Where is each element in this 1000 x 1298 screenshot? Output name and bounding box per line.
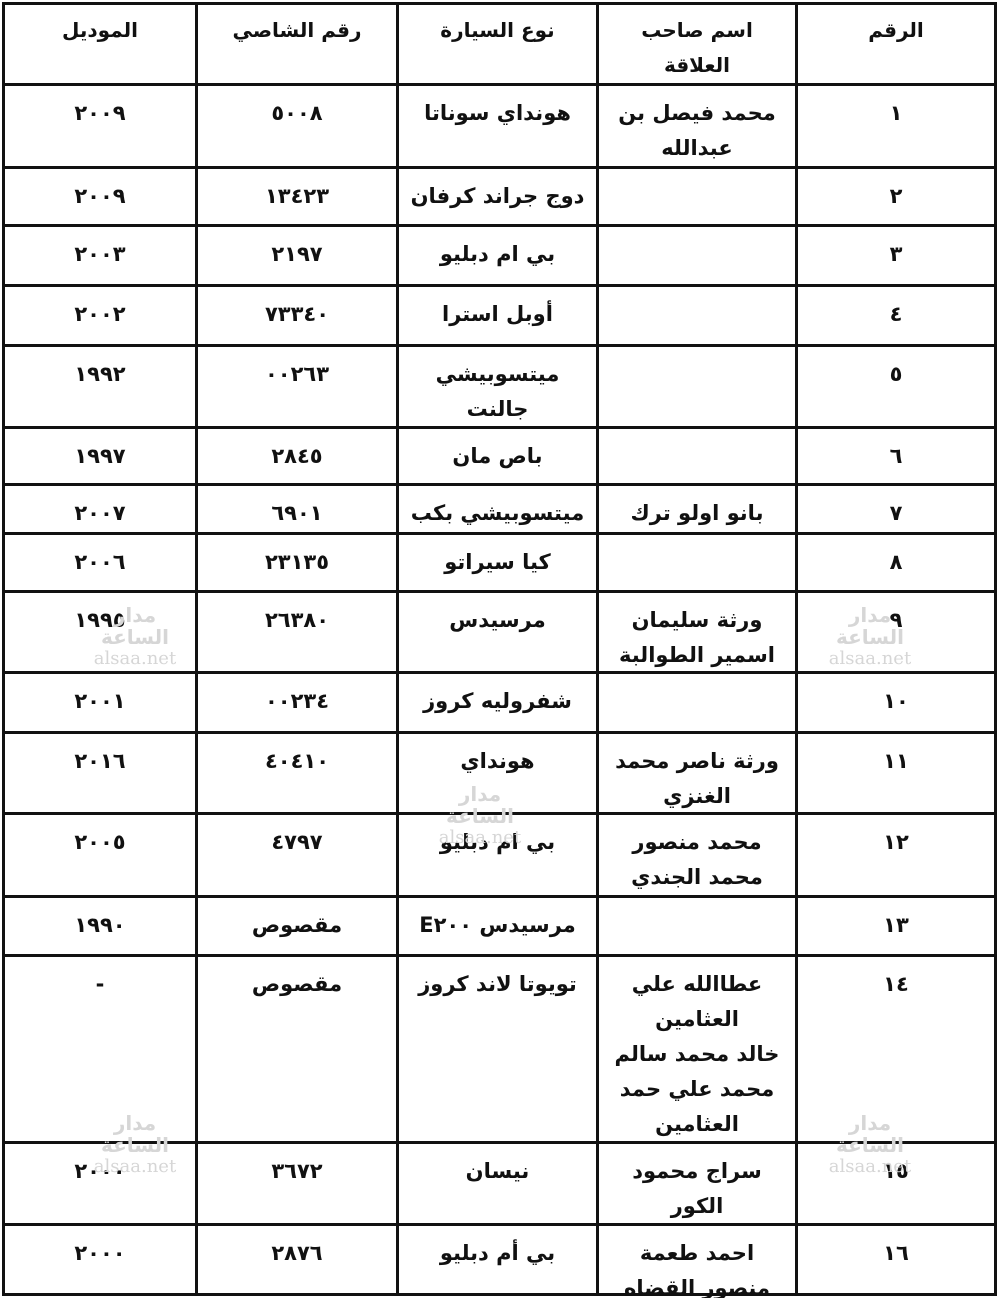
cell-car-type: ميتسوبيشيجالنت [396,347,596,426]
cell-owner [596,429,795,483]
owner-line: محمد منصور [599,825,795,860]
cell-number: ١٣ [795,898,994,954]
owner-line: احمد طعمة [599,1236,795,1271]
cell-owner [596,287,795,344]
cell-number: ١ [795,86,994,166]
cell-model: ٢٠٠٠ [5,1226,195,1296]
table-row: ٥ميتسوبيشيجالنت٠٠٢٦٣١٩٩٢ [5,347,994,429]
cell-model: ٢٠٠٥ [5,815,195,895]
cell-owner: ورثة ناصر محمدالغنزي [596,734,795,812]
table-row: ١٥سراج محمودالكورنيسان٣٦٧٢٢٠٠٠ [5,1144,994,1226]
table-row: ٨كيا سيراتو٢٣١٣٥٢٠٠٦ [5,535,994,593]
car-line: شفروليه كروز [399,684,596,719]
owner-line: العثامين [599,1002,795,1037]
table-row: ٤أوبل استرا٧٣٣٤٠٢٠٠٢ [5,287,994,347]
table-row: ١٦احمد طعمةمنصور القضاهبي أم دبليو٢٨٧٦٢٠… [5,1226,994,1296]
table-row: ١٠شفروليه كروز٠٠٢٣٤٢٠٠١ [5,674,994,734]
cell-chassis-number: ٢٣١٣٥ [195,535,396,590]
cell-model: - [5,957,195,1141]
owner-line: سراج محمود [599,1154,795,1189]
cell-number: ١١ [795,734,994,812]
car-line: تويوتا لاند كروز [399,967,596,1002]
header-number: الرقم [795,5,994,83]
owner-line: الكور [599,1189,795,1224]
cell-owner: محمد منصورمحمد الجندي [596,815,795,895]
cell-car-type: كيا سيراتو [396,535,596,590]
header-car-type: نوع السيارة [396,5,596,83]
table-row: ٩ورثة سليماناسمير الطوالبةمرسيدس٢٦٣٨٠١٩٩… [5,593,994,674]
cell-car-type: بي ام دبليو [396,227,596,284]
cell-owner: سراج محمودالكور [596,1144,795,1223]
cell-car-type: تويوتا لاند كروز [396,957,596,1141]
cell-model: ١٩٩٧ [5,429,195,483]
cell-model: ٢٠٠٣ [5,227,195,284]
cell-car-type: بي ام دبليو [396,815,596,895]
cell-owner [596,169,795,224]
table-header-row: الرقم اسم صاحب العلاقة نوع السيارة رقم ا… [5,5,994,86]
cell-model: ٢٠٠٦ [5,535,195,590]
cell-number: ١٠ [795,674,994,731]
table-row: ١محمد فيصل بنعبداللههونداي سوناتا٥٠٠٨٢٠٠… [5,86,994,169]
cell-number: ٩ [795,593,994,671]
cell-chassis-number: ٤٠٤١٠ [195,734,396,812]
header-owner-line-2: العلاقة [599,48,795,83]
cell-car-type: نيسان [396,1144,596,1223]
cell-owner: ورثة سليماناسمير الطوالبة [596,593,795,671]
car-line: هونداي [399,744,596,779]
cell-car-type: مرسيدس E٢٠٠ [396,898,596,954]
table-row: ١٣مرسيدس E٢٠٠مقصوص١٩٩٠ [5,898,994,957]
cell-owner: بانو اولو ترك [596,486,795,532]
cell-number: ٣ [795,227,994,284]
owner-line: العثامين [599,1107,795,1142]
cell-number: ١٤ [795,957,994,1141]
owner-line: ورثة سليمان [599,603,795,638]
car-line: أوبل استرا [399,297,596,332]
cell-owner [596,898,795,954]
cell-chassis-number: ٠٠٢٦٣ [195,347,396,426]
car-line: مرسيدس E٢٠٠ [399,908,596,943]
owner-line: ورثة ناصر محمد [599,744,795,779]
cell-model: ٢٠٠١ [5,674,195,731]
cell-number: ٧ [795,486,994,532]
owner-line: عطاالله علي [599,967,795,1002]
car-line: كيا سيراتو [399,545,596,580]
cell-model: ١٩٩٥ [5,593,195,671]
cell-owner: احمد طعمةمنصور القضاه [596,1226,795,1296]
table-row: ١٢محمد منصورمحمد الجنديبي ام دبليو٤٧٩٧٢٠… [5,815,994,898]
cell-car-type: بي أم دبليو [396,1226,596,1296]
cell-car-type: دوج جراند كرفان [396,169,596,224]
cell-car-type: شفروليه كروز [396,674,596,731]
cell-chassis-number: ٠٠٢٣٤ [195,674,396,731]
cell-owner [596,227,795,284]
cell-car-type: هونداي [396,734,596,812]
cell-chassis-number: ٣٦٧٢ [195,1144,396,1223]
car-line: ميتسوبيشي بكب [399,496,596,531]
table-row: ٦باص مان٢٨٤٥١٩٩٧ [5,429,994,486]
header-chassis-number: رقم الشاصي [195,5,396,83]
cell-chassis-number: ٢٨٧٦ [195,1226,396,1296]
table-row: ٣بي ام دبليو٢١٩٧٢٠٠٣ [5,227,994,287]
cell-owner: عطاالله عليالعثامينخالد محمد سالممحمد عل… [596,957,795,1141]
cell-model: ٢٠١٦ [5,734,195,812]
cell-number: ٤ [795,287,994,344]
cell-model: ٢٠٠٩ [5,86,195,166]
cell-model: ١٩٩٢ [5,347,195,426]
owner-line: منصور القضاه [599,1271,795,1298]
cell-car-type: ميتسوبيشي بكب [396,486,596,532]
vehicle-table: الرقم اسم صاحب العلاقة نوع السيارة رقم ا… [2,2,997,1296]
owner-line: بانو اولو ترك [599,496,795,531]
cell-number: ٦ [795,429,994,483]
table-row: ١١ورثة ناصر محمدالغنزيهونداي٤٠٤١٠٢٠١٦ [5,734,994,815]
cell-model: ٢٠٠٠ [5,1144,195,1223]
table-row: ٢دوج جراند كرفان١٣٤٢٣٢٠٠٩ [5,169,994,227]
owner-line: خالد محمد سالم [599,1037,795,1072]
cell-chassis-number: ٢٦٣٨٠ [195,593,396,671]
header-owner: اسم صاحب العلاقة [596,5,795,83]
header-owner-line-1: اسم صاحب [599,13,795,48]
cell-chassis-number: ٧٣٣٤٠ [195,287,396,344]
car-line: مرسيدس [399,603,596,638]
cell-model: ٢٠٠٩ [5,169,195,224]
cell-model: ٢٠٠٢ [5,287,195,344]
car-line: بي ام دبليو [399,825,596,860]
cell-owner [596,535,795,590]
owner-line: محمد علي حمد [599,1072,795,1107]
owner-line: عبدالله [599,131,795,166]
car-line: دوج جراند كرفان [399,179,596,214]
owner-line: محمد فيصل بن [599,96,795,131]
cell-chassis-number: ٥٠٠٨ [195,86,396,166]
cell-chassis-number: مقصوص [195,898,396,954]
cell-number: ٨ [795,535,994,590]
cell-chassis-number: ٦٩٠١ [195,486,396,532]
cell-number: ١٢ [795,815,994,895]
cell-chassis-number: ٢٨٤٥ [195,429,396,483]
cell-model: ٢٠٠٧ [5,486,195,532]
car-line: بي أم دبليو [399,1236,596,1271]
cell-number: ١٦ [795,1226,994,1296]
car-line: باص مان [399,439,596,474]
table-row: ١٤عطاالله عليالعثامينخالد محمد سالممحمد … [5,957,994,1144]
car-line: جالنت [399,392,596,427]
cell-chassis-number: مقصوص [195,957,396,1141]
header-model: الموديل [5,5,195,83]
cell-chassis-number: ٢١٩٧ [195,227,396,284]
cell-number: ٥ [795,347,994,426]
car-line: هونداي سوناتا [399,96,596,131]
cell-owner [596,674,795,731]
car-line: نيسان [399,1154,596,1189]
cell-chassis-number: ٤٧٩٧ [195,815,396,895]
cell-car-type: مرسيدس [396,593,596,671]
table-row: ٧بانو اولو تركميتسوبيشي بكب٦٩٠١٢٠٠٧ [5,486,994,535]
car-line: بي ام دبليو [399,237,596,272]
cell-number: ١٥ [795,1144,994,1223]
car-line: ميتسوبيشي [399,357,596,392]
cell-chassis-number: ١٣٤٢٣ [195,169,396,224]
cell-owner: محمد فيصل بنعبدالله [596,86,795,166]
cell-model: ١٩٩٠ [5,898,195,954]
cell-car-type: أوبل استرا [396,287,596,344]
cell-owner [596,347,795,426]
cell-car-type: باص مان [396,429,596,483]
cell-car-type: هونداي سوناتا [396,86,596,166]
owner-line: اسمير الطوالبة [599,638,795,673]
owner-line: الغنزي [599,779,795,814]
cell-number: ٢ [795,169,994,224]
owner-line: محمد الجندي [599,860,795,895]
